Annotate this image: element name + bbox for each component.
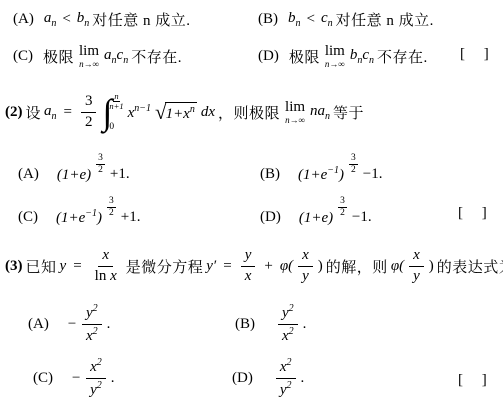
variable: a	[44, 103, 52, 119]
option-label: (A)	[28, 316, 49, 333]
exponent-fraction: 3 2	[107, 196, 116, 219]
fraction-y-over-x: y x	[241, 247, 256, 285]
q1-option-c: (C) 极限 lim n→∞ ancn 不存在.	[13, 42, 182, 70]
q3-option-d: (D) x2 y2 .	[232, 356, 304, 400]
option-fraction: y2 x2	[82, 303, 102, 345]
subscript: n	[84, 18, 89, 29]
fraction-x-over-lnx: x ln x	[91, 247, 121, 285]
plus-sign: +	[264, 258, 272, 275]
exponent: 2	[93, 303, 98, 314]
integral-limits: n n+1 0	[109, 92, 123, 132]
q3-option-a: (A) − y2 x2 .	[28, 302, 110, 346]
relation-symbol: <	[62, 11, 70, 28]
subscript: n	[52, 111, 57, 122]
base-expression: (1+e	[298, 167, 327, 183]
exponent: n	[190, 104, 195, 115]
differential: dx	[201, 104, 215, 121]
variable: y	[90, 382, 97, 398]
option-text: 对任意 n 成立.	[92, 9, 190, 30]
fraction-x-over-y: x y	[409, 247, 424, 285]
variable: n	[310, 103, 318, 119]
limit-operator: lim n→∞	[285, 100, 305, 125]
math-term: ancn	[104, 47, 128, 66]
q2-option-b: (B) (1+e−1) 3 2 −1.	[260, 162, 383, 186]
fraction-denominator: x	[241, 267, 256, 285]
variable: b	[288, 10, 296, 26]
fraction-numerator: x2	[276, 357, 296, 378]
stem-text: 是微分方程	[126, 256, 204, 277]
limit-operator: lim n→∞	[79, 44, 99, 69]
q1-option-a: (A) an < bn 对任意 n 成立.	[13, 8, 191, 30]
fraction-numerator: y	[241, 247, 256, 266]
fraction-denominator: 2	[81, 113, 97, 131]
option-text: 不存在.	[377, 46, 428, 67]
formula-tail: .	[301, 370, 305, 387]
variable: x	[282, 328, 289, 344]
option-label: (D)	[258, 48, 279, 65]
variable: y	[282, 305, 289, 321]
exp-denominator: 2	[351, 165, 356, 176]
lim-word: lim	[79, 44, 99, 59]
variable: x	[90, 359, 97, 375]
base-expression: (1+e	[57, 167, 86, 183]
option-text: 不存在.	[131, 46, 182, 67]
variable: x	[110, 268, 117, 284]
exponent: 2	[287, 380, 292, 391]
integrand-power: xn−1	[128, 103, 151, 122]
q2-option-c: (C) (1+e−1) 3 2 +1.	[18, 205, 141, 229]
fraction-numerator: x2	[86, 357, 106, 378]
close-paren: )	[328, 210, 333, 226]
upper-limit-fraction: n n+1	[109, 92, 123, 112]
option-label: (C)	[33, 370, 53, 387]
variable: y	[60, 258, 67, 275]
option-label: (A)	[18, 166, 39, 183]
square-root: √ 1+xn	[155, 102, 197, 123]
option-prefix: 极限	[43, 46, 74, 67]
stem-text: 的解，则	[326, 256, 388, 277]
equals-sign: =	[64, 104, 72, 121]
formula-tail: +1.	[121, 209, 141, 226]
ln-function: ln	[95, 268, 110, 284]
close-paren: )	[97, 210, 102, 226]
close-paren: )	[318, 258, 323, 275]
subscript: n	[123, 55, 128, 66]
option-label: (B)	[260, 166, 280, 183]
exponent-fraction: 3 2	[338, 196, 347, 219]
exponent: 2	[97, 357, 102, 368]
formula-tail: .	[303, 316, 307, 333]
q3-option-c: (C) − x2 y2 .	[33, 356, 115, 400]
exp-denominator: 2	[340, 208, 345, 219]
q3-option-b: (B) y2 x2 .	[235, 302, 306, 346]
lim-subscript: n→∞	[79, 60, 99, 69]
lower-limit: 0	[109, 122, 123, 132]
exponent: 2	[97, 380, 102, 391]
math-term: bn	[288, 10, 301, 29]
y-prime: y′	[206, 258, 216, 275]
exponent: 2	[287, 357, 292, 368]
stem-text: 的表达式为	[437, 256, 503, 277]
fraction-numerator: x	[409, 247, 424, 266]
radicand-expression: 1+x	[166, 106, 190, 122]
math-term: bn	[77, 10, 90, 29]
exp-numerator: 3	[96, 153, 105, 165]
option-formula: (1+e−1)	[56, 208, 102, 227]
stem-text: 已知	[26, 256, 57, 277]
minus-sign: −	[67, 316, 77, 333]
q3-stem: (3) 已知 y = x ln x 是微分方程 y′ = y x + φ( x …	[5, 242, 503, 290]
stem-text: 设	[26, 102, 42, 123]
fraction-denominator: y2	[276, 379, 296, 399]
exponent: n−1	[134, 103, 151, 114]
equals-sign: =	[223, 258, 231, 275]
exponent: 2	[93, 326, 98, 337]
radicand: 1+xn	[165, 102, 197, 123]
answer-bracket: [ ]	[460, 46, 489, 63]
q2-option-d: (D) (1+e) 3 2 −1.	[260, 205, 372, 229]
fraction-denominator: y	[298, 267, 313, 285]
formula-tail: .	[107, 316, 111, 333]
option-label: (B)	[235, 316, 255, 333]
equals-sign: =	[73, 258, 81, 275]
option-label: (C)	[13, 48, 33, 65]
option-label: (C)	[18, 209, 38, 226]
subscript: n	[328, 18, 333, 29]
math-term: bncn	[350, 47, 374, 66]
inner-exponent: −1	[85, 208, 97, 219]
lim-word: lim	[325, 44, 345, 59]
option-prefix: 极限	[289, 46, 320, 67]
math-term: nan	[310, 103, 330, 122]
exponent-fraction: 3 2	[96, 153, 105, 176]
exam-page: (A) an < bn 对任意 n 成立. (B) bn < cn 对任意 n …	[0, 0, 503, 408]
phi-open: φ(	[280, 258, 293, 275]
question-number: (2)	[5, 104, 23, 121]
formula-tail: .	[111, 370, 115, 387]
math-term: cn	[321, 10, 333, 29]
option-label: (A)	[13, 11, 34, 28]
variable: c	[321, 10, 328, 26]
formula-tail: +1.	[110, 166, 130, 183]
formula-tail: −1.	[363, 166, 383, 183]
option-formula: (1+e)	[57, 165, 91, 184]
exp-numerator: 3	[349, 153, 358, 165]
fraction-denominator: y	[409, 267, 424, 285]
fraction-denominator: x2	[82, 325, 102, 345]
fraction-numerator: x	[98, 247, 113, 266]
fraction-numerator: 3	[81, 93, 97, 112]
subscript: n	[325, 111, 330, 122]
question-number: (3)	[5, 258, 23, 275]
option-text: 对任意 n 成立.	[336, 9, 434, 30]
fraction-numerator: y2	[82, 303, 102, 324]
fraction-denominator: y2	[86, 379, 106, 399]
base-expression: (1+e	[299, 210, 328, 226]
coefficient-fraction: 3 2	[81, 93, 97, 131]
exponent: 2	[289, 326, 294, 337]
lim-word: lim	[285, 100, 305, 115]
subscript: n	[369, 55, 374, 66]
option-label: (D)	[260, 209, 281, 226]
q2-stem: (2) 设 an = 3 2 ∫ n n+1 0 xn−1 √ 1+xn dx …	[5, 88, 364, 136]
option-label: (D)	[232, 370, 253, 387]
q1-option-d: (D) 极限 lim n→∞ bncn 不存在.	[258, 42, 428, 70]
upper-limit-denominator: n+1	[109, 102, 123, 111]
close-paren: )	[86, 167, 91, 183]
fraction-denominator: ln x	[91, 267, 121, 285]
relation-symbol: <	[307, 11, 315, 28]
minus-sign: −	[71, 370, 81, 387]
lim-subscript: n→∞	[325, 60, 345, 69]
option-fraction: y2 x2	[278, 303, 298, 345]
math-term: an	[44, 10, 57, 29]
variable: x	[86, 328, 93, 344]
lim-subscript: n→∞	[285, 116, 305, 125]
option-label: (B)	[258, 11, 278, 28]
close-paren: )	[429, 258, 434, 275]
phi-open: φ(	[391, 258, 404, 275]
exp-numerator: 3	[338, 196, 347, 208]
stem-text: 等于	[333, 102, 364, 123]
math-term: an	[44, 103, 57, 122]
subscript: n	[51, 18, 56, 29]
answer-bracket: [ ]	[458, 205, 487, 222]
fraction-numerator: y2	[278, 303, 298, 324]
stem-text: ，则极限	[218, 102, 280, 123]
fraction-denominator: x2	[278, 325, 298, 345]
exponent-fraction: 3 2	[349, 153, 358, 176]
exp-denominator: 2	[109, 208, 114, 219]
variable: a	[318, 103, 326, 119]
close-paren: )	[339, 167, 344, 183]
inner-exponent: −1	[327, 165, 339, 176]
option-formula: (1+e−1)	[298, 165, 344, 184]
variable: a	[104, 47, 112, 63]
subscript: n	[296, 18, 301, 29]
limit-operator: lim n→∞	[325, 44, 345, 69]
integral: ∫ n n+1 0	[102, 90, 123, 134]
variable: x	[280, 359, 287, 375]
answer-bracket: [ ]	[458, 372, 487, 389]
fraction-x-over-y: x y	[298, 247, 313, 285]
exp-numerator: 3	[107, 196, 116, 208]
variable: y	[280, 382, 287, 398]
q2-option-a: (A) (1+e) 3 2 +1.	[18, 162, 130, 186]
variable: y	[86, 305, 93, 321]
formula-tail: −1.	[352, 209, 372, 226]
base-expression: (1+e	[56, 210, 85, 226]
exponent: 2	[289, 303, 294, 314]
q1-option-b: (B) bn < cn 对任意 n 成立.	[258, 8, 434, 30]
option-fraction: x2 y2	[276, 357, 296, 399]
option-formula: (1+e)	[299, 208, 333, 227]
fraction-numerator: x	[298, 247, 313, 266]
option-fraction: x2 y2	[86, 357, 106, 399]
exp-denominator: 2	[98, 165, 103, 176]
